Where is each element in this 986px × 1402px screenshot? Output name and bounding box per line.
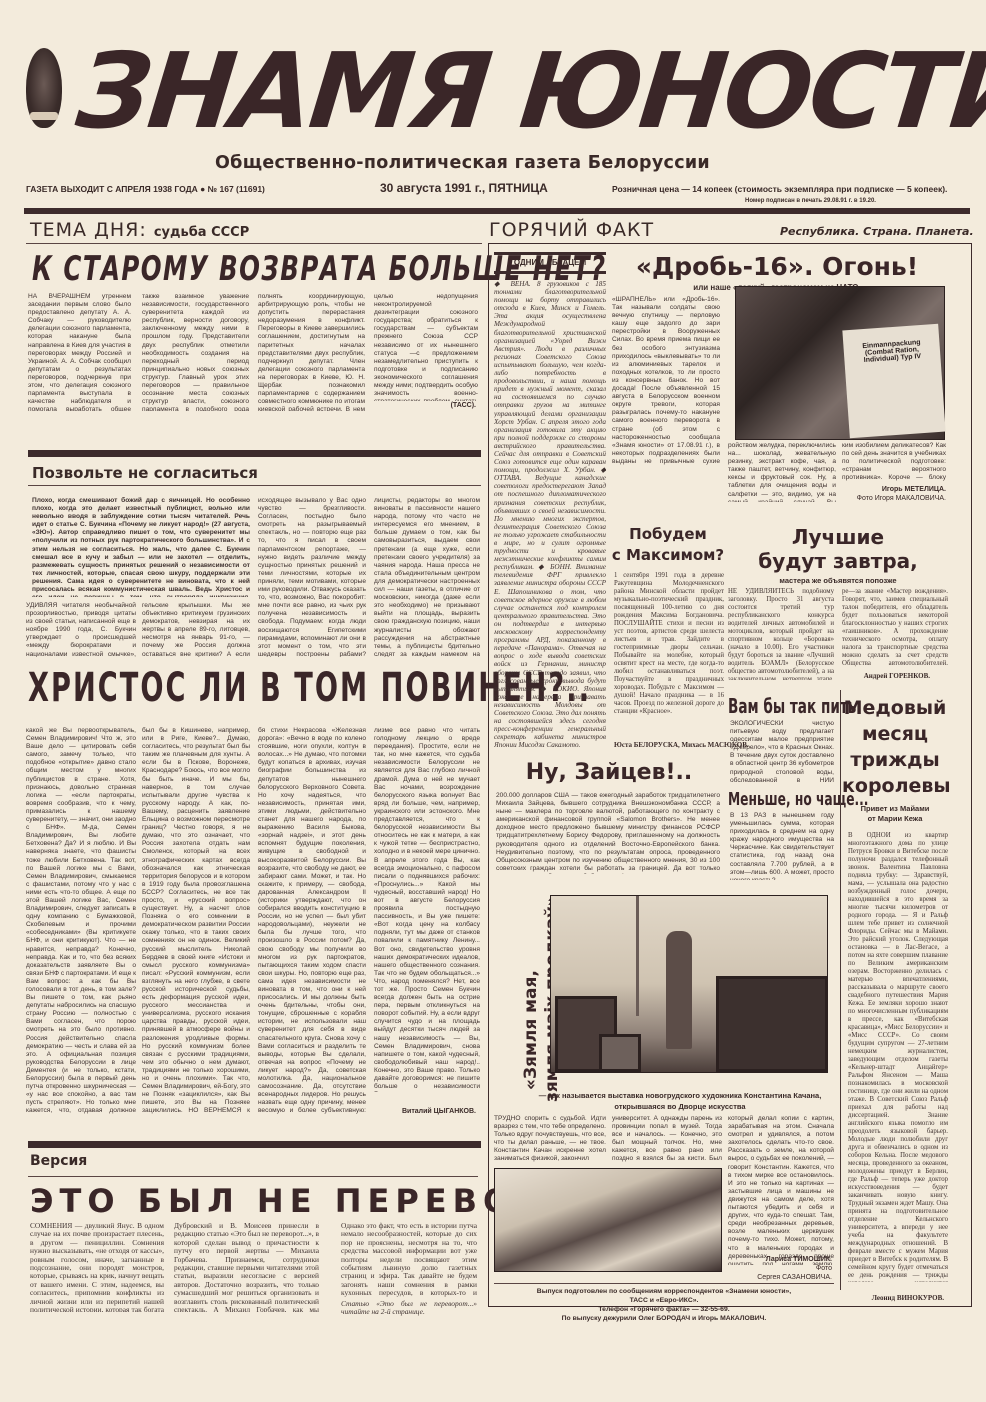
best-col-1: НЕ УДИВЛЯЙТЕСЬ подобному заголовку. Прос… (728, 588, 834, 680)
topic-rubric-sub: судьба СССР (154, 225, 249, 240)
best-col-2: ре—за звание «Мастер вождения». Говорят,… (842, 588, 948, 668)
drob-col-2: ройством желудка, переключились на... шо… (728, 442, 836, 502)
column-rule (840, 690, 841, 1290)
painting-landscape (716, 976, 828, 1072)
christ-col-2: был бы в Кишиневе, например, или в Риге,… (142, 727, 250, 1115)
best-subhead: мастера же объявятся попозже (728, 576, 948, 585)
disagree-lead2: УДИВЛЯЯ читателя необычайной прозорливос… (26, 602, 136, 657)
best-headline-2: будут завтра, (728, 549, 948, 573)
less-text: В 13 РАЗ в нынешнем году уменьшилась сум… (730, 812, 834, 880)
zaitsev-headline: Ну, Зайцев!.. (494, 760, 724, 785)
maxim-text: 1 сентября 1991 года в деревне Ракутевщи… (614, 572, 724, 740)
best-author: Андрей ГОРЕНКОВ. (842, 672, 930, 680)
topic-rule (26, 243, 482, 244)
art-vertical-title-1: «Зямля мая, (521, 970, 541, 1090)
topic-col-3: полнять координирующую, арбитрирующую ро… (258, 293, 365, 411)
issue-date: 30 августа 1991 г., ПЯТНИЦА (380, 181, 548, 195)
section-bar (28, 450, 481, 457)
art-col-3: который делал копии с картин, зарабатыва… (728, 1115, 834, 1265)
drink-text: ЭКОЛОГИЧЕСКИ чистую питьевую воду предла… (730, 720, 834, 782)
christ-col-4: лизме все равно что читать голодному лек… (374, 727, 480, 1092)
best-headline-1: Лучшие (728, 525, 948, 549)
art-photo-credit-2: Сергея САЗАНОВИЧА. (728, 1274, 832, 1281)
footer-rule (494, 1283, 834, 1284)
drob-photo: Einmannpackung (Combat Ration, Individua… (735, 286, 945, 440)
drob-col-1: «ШРАПНЕЛЬ» или «Дробь-16». Так называли … (612, 296, 720, 466)
version-col-3: Однако это факт, что есть в истории путч… (341, 1222, 477, 1298)
art-vertical-title: «Зямля мая, зямля маіх продкаў» (493, 880, 547, 1110)
topic-rubric: ТЕМА ДНЯ: судьба СССР (30, 219, 249, 241)
newspaper-subtitle: Общественно-политическая газета Белорусс… (215, 153, 710, 173)
honey-headline-4: королевы (842, 774, 948, 799)
version-rule (28, 1176, 478, 1177)
topic-col-2: также взаимное уважение независимости, г… (142, 293, 249, 411)
christ-col-1: какой же Вы первооткрыватель, Семен Влад… (26, 727, 136, 1115)
disagree-col-4: лицисты, редакторы во многом виноваты в … (374, 497, 480, 657)
topic-col-1: НА ВЧЕРАШНЕМ утреннем заседании первым с… (28, 293, 131, 411)
hot-fact-rubric: ГОРЯЧИЙ ФАКТ (489, 219, 654, 241)
topic-col-4: целью недопущения неконтролируемой дезин… (374, 293, 478, 401)
since-line: ГАЗЕТА ВЫХОДИТ С АПРЕЛЯ 1938 ГОДА ● № 16… (26, 184, 265, 194)
artist-figure (666, 931, 692, 1049)
honey-headline-3: трижды (842, 748, 948, 773)
honey-text: В ОДНОЙ из квартир многоэтажного дома по… (848, 832, 948, 1282)
footer-line-1: Выпуск подготовлен по сообщениям корресп… (494, 1288, 834, 1295)
version-col-1: СОМНЕНИЯ — двуликий Янус. В одном случае… (30, 1222, 164, 1312)
art-col-2: университет. А однажды парень из провинц… (612, 1115, 722, 1165)
drink-headline: Вам бы так пить (728, 695, 856, 717)
in-brief-rule-top (494, 252, 606, 255)
drob-author: Игорь МЕТЕЛИЦА. (842, 486, 946, 493)
honey-headline-2: месяц (842, 722, 948, 747)
zaitsev-text: 200.000 долларов США — таков ежегодный з… (496, 792, 720, 874)
disagree-rubric: Позвольте не согласиться (32, 464, 258, 482)
newspaper-title: ЗНАМЯ ЮНОСТИ (72, 36, 904, 146)
footer-line-4: По выпуску дежурили Олег БОРОДАЧ и Игорь… (494, 1315, 834, 1322)
in-brief-rule-bottom (494, 271, 606, 274)
in-brief-text: ◆ ВЕНА. 8 грузовиков с 185 тоннами благо… (494, 280, 606, 760)
issue-number: № 167 (11691) (208, 184, 265, 194)
disagree-col-3: исходящее вызывало у Вас одно чувство — … (258, 497, 366, 657)
drob-headline: «Дробь-16». Огонь! (612, 252, 942, 281)
disagree-col-2: гельские крылышки. Мы же объективно крит… (142, 602, 250, 657)
hot-fact-tagline: Республика. Страна. Планета. (780, 225, 974, 238)
footer-line-3: Телефон «Горячего факта» — 32-55-69. (494, 1306, 834, 1313)
honey-subhead-1: Привет из Майами (842, 804, 948, 813)
photo-pillar (636, 896, 639, 1016)
maxim-headline-1: Побудем (612, 525, 724, 544)
price-line: Розничная цена — 14 копеек (стоимость эк… (612, 184, 947, 194)
art-caption-2: открывшаяся во Дворце искусства (520, 1102, 840, 1111)
disagree-rule (28, 485, 481, 486)
topic-source: (ТАСС). (440, 402, 476, 409)
signed-line: Номер подписан в печать 29.08.91 г. в 19… (745, 198, 876, 204)
version-rubric: Версия (30, 1153, 87, 1169)
ration-box: Einmannpackung (Combat Ration, Individua… (842, 324, 945, 438)
bullet-icon: ● (200, 184, 205, 194)
since-text: ГАЗЕТА ВЫХОДИТ С АПРЕЛЯ 1938 ГОДА (26, 184, 198, 194)
painting-church (599, 1034, 641, 1072)
honey-subhead-2: от Марии Кежа (842, 814, 948, 823)
emblem-ribbon (30, 112, 58, 120)
artist-photo (550, 895, 828, 1073)
art-col-1: ТРУДНО спорить с судьбой. Идти вразрез с… (494, 1115, 606, 1165)
disagree-lead: Плохо, когда смешивают божий дар с яични… (32, 497, 250, 597)
maxim-headline-2: с Максимом? (610, 546, 726, 565)
maxim-authors: Юста БЕЛОРУСКА, Михась МАСЮКОВ. (614, 741, 722, 749)
drob-photo-credit: Фото Игоря МАКАЛОВИЧА. (842, 495, 946, 502)
masthead-rule (24, 208, 970, 214)
version-col-2: Дубровский и В. Моисеев принесли в редак… (174, 1222, 319, 1312)
in-brief-label: ОДНИМ АБЗАЦЕМ (494, 258, 606, 267)
topic-rubric-label: ТЕМА ДНЯ: (30, 219, 147, 241)
version-footnote: Статью «Это был не переворот...» читайте… (341, 1300, 477, 1320)
section-bar-2 (28, 1141, 481, 1148)
christ-col-3: бя стихи Некрасова «Железная дорога»: «В… (258, 727, 366, 1115)
honey-author: Леонид ВИНОКУРОВ. (848, 1294, 944, 1302)
christ-author: Виталий ЦЫГАНКОВ. (390, 1108, 476, 1115)
winter-painting (494, 1168, 722, 1272)
ration-box-label: Einmannpackung (Combat Ration, Individua… (862, 339, 921, 364)
art-caption-1: — так называется выставка новогрудского … (520, 1091, 840, 1100)
drob-col-3: ким изобилием деликатесов? Как по сей де… (842, 442, 946, 482)
footer-line-2: ТАСС и «Евро-ИКС». (494, 1297, 834, 1304)
art-photo-credit-1: Фото (728, 1265, 832, 1272)
art-author: Лариса ТИМОШИК. (728, 1256, 832, 1263)
honey-headline-1: Медовый (842, 696, 948, 721)
